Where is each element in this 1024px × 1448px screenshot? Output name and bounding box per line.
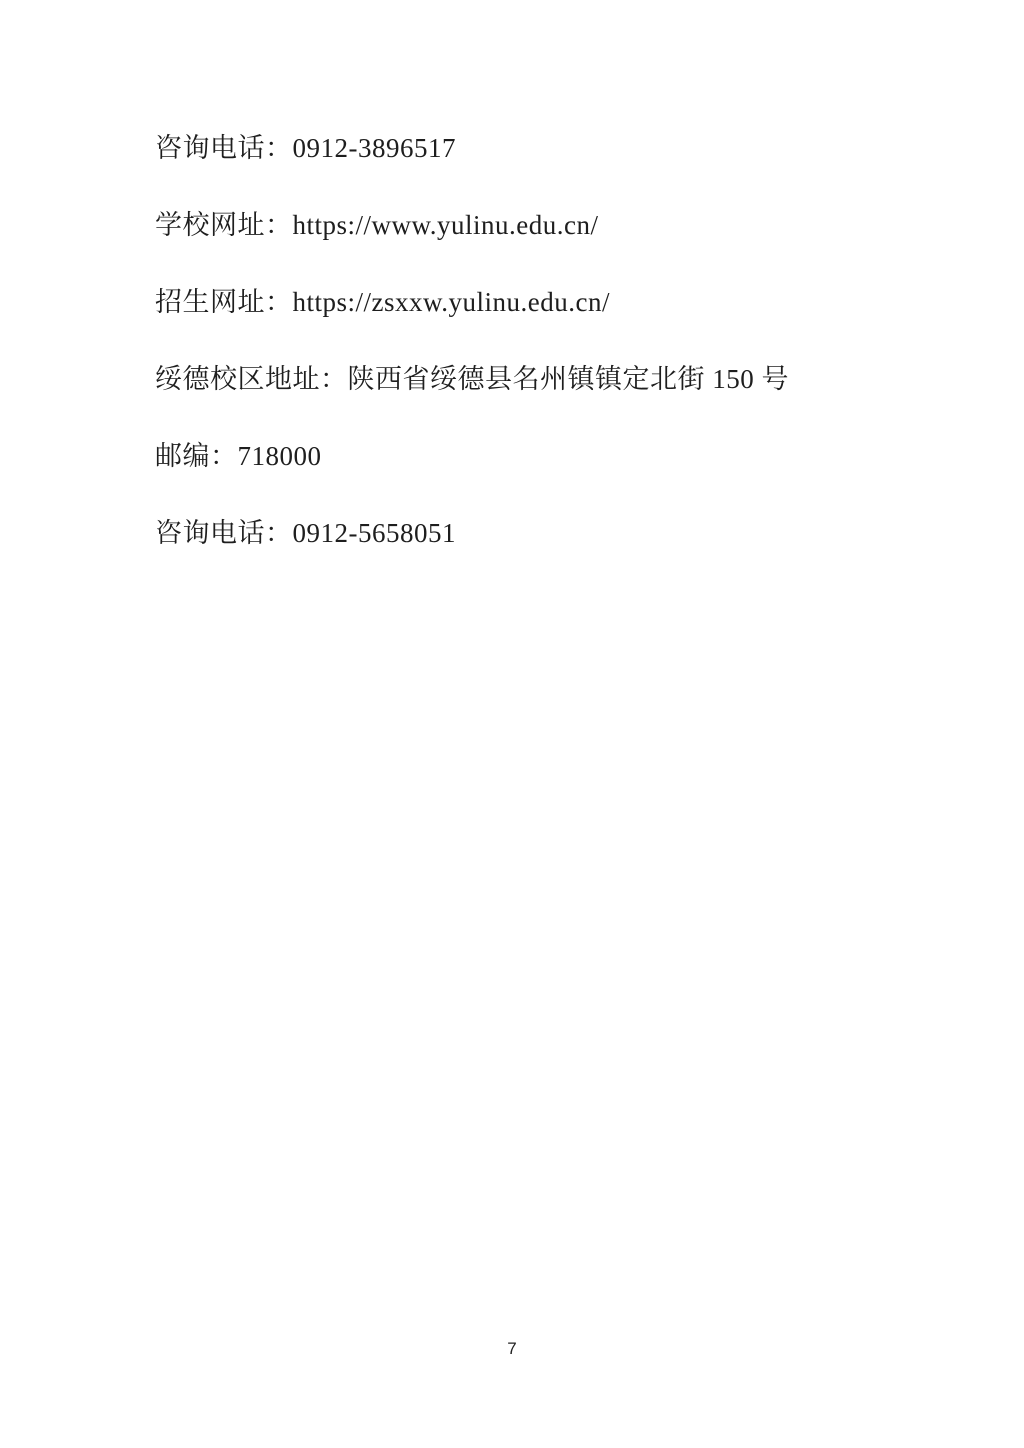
page-number: 7 [507, 1339, 516, 1358]
document-body: 咨询电话：0912-3896517 学校网址：https://www.yulin… [155, 133, 924, 595]
admissions-website-line: 招生网址：https://zsxxw.yulinu.edu.cn/ [155, 287, 924, 317]
consult-phone-line-1: 咨询电话：0912-3896517 [155, 133, 924, 163]
postal-code-line: 邮编：718000 [155, 441, 924, 471]
consult-phone-line-2: 咨询电话：0912-5658051 [155, 518, 924, 548]
document-page: 咨询电话：0912-3896517 学校网址：https://www.yulin… [0, 0, 1024, 1448]
page-footer: 7 [0, 1339, 1024, 1359]
suide-campus-address-line: 绥德校区地址：陕西省绥德县名州镇镇定北街 150 号 [155, 364, 924, 394]
school-website-line: 学校网址：https://www.yulinu.edu.cn/ [155, 210, 924, 240]
